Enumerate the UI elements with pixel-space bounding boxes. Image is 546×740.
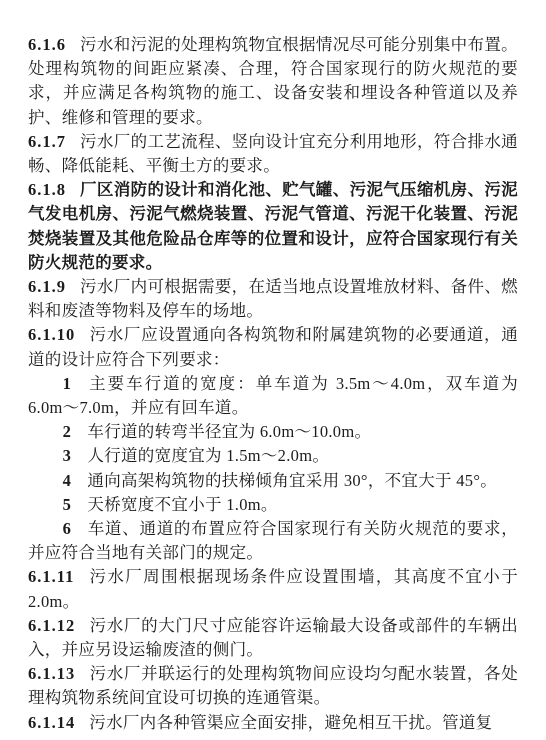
clause-6-1-8: 6.1.8厂区消防的设计和消化池、贮气罐、污泥气压缩机房、污泥气发电机房、污泥气… (28, 178, 518, 275)
clause-text: 污水厂的大门尺寸应能容许运输最大设备或部件的车辆出入，并应另设运输废渣的侧门。 (28, 616, 518, 659)
clause-text: 污水厂内各种管渠应全面安排，避免相互干扰。管道复 (89, 713, 492, 732)
clause-6-1-7: 6.1.7污水厂的工艺流程、竖向设计宜充分利用地形，符合排水通畅、降低能耗、平衡… (28, 130, 518, 178)
clause-number: 6.1.8 (28, 180, 66, 199)
sub-item-text: 主要车行道的宽度：单车道为 3.5m～4.0m，双车道为 6.0m～7.0m，并… (28, 374, 518, 417)
sub-item-text: 车行道的转弯半径宜为 6.0m～10.0m。 (87, 422, 371, 441)
clause-number: 6.1.11 (28, 567, 74, 586)
clause-6-1-9: 6.1.9污水厂内可根据需要，在适当地点设置堆放材料、备件、燃料和废渣等物料及停… (28, 275, 518, 323)
clause-number: 6.1.7 (28, 132, 66, 151)
clause-number: 6.1.12 (28, 616, 75, 635)
clause-text: 污水厂应设置通向各构筑物和附属建筑物的必要通道，通道的设计应符合下列要求： (28, 325, 518, 368)
sub-item-text: 人行道的宽度宜为 1.5m～2.0m。 (87, 446, 329, 465)
clause-number: 6.1.9 (28, 277, 66, 296)
sub-item-text: 通向高架构筑物的扶梯倾角宜采用 30°，不宜大于 45°。 (87, 471, 497, 490)
clause-6-1-12: 6.1.12污水厂的大门尺寸应能容许运输最大设备或部件的车辆出入，并应另设运输废… (28, 614, 518, 662)
sub-item-number: 6 (63, 519, 71, 538)
sub-item-number: 4 (63, 471, 71, 490)
sub-item-number: 1 (63, 374, 71, 393)
clause-6-1-10: 6.1.10污水厂应设置通向各构筑物和附属建筑物的必要通道，通道的设计应符合下列… (28, 323, 518, 371)
clause-text: 厂区消防的设计和消化池、贮气罐、污泥气压缩机房、污泥气发电机房、污泥气燃烧装置、… (28, 180, 518, 272)
sub-item-number: 2 (63, 422, 71, 441)
document-page: 6.1.6污水和污泥的处理构筑物宜根据情况尽可能分别集中布置。处理构筑物的间距应… (0, 0, 546, 740)
clause-text: 污水厂周围根据现场条件应设置围墙，其高度不宜小于 2.0m。 (28, 567, 518, 610)
sub-item-6: 6车道、通道的布置应符合国家现行有关防火规范的要求，并应符合当地有关部门的规定。 (28, 517, 518, 565)
clause-number: 6.1.10 (28, 325, 75, 344)
sub-item-5: 5天桥宽度不宜小于 1.0m。 (28, 493, 518, 517)
clause-6-1-13: 6.1.13污水厂并联运行的处理构筑物间应设均匀配水装置，各处理构筑物系统间宜设… (28, 662, 518, 710)
sub-item-text: 车道、通道的布置应符合国家现行有关防火规范的要求，并应符合当地有关部门的规定。 (28, 519, 518, 562)
clause-6-1-14: 6.1.14污水厂内各种管渠应全面安排，避免相互干扰。管道复 (28, 711, 518, 735)
clause-text: 污水厂并联运行的处理构筑物间应设均匀配水装置，各处理构筑物系统间宜设可切换的连通… (28, 664, 518, 707)
clause-number: 6.1.13 (28, 664, 75, 683)
sub-item-number: 3 (63, 446, 71, 465)
clause-number: 6.1.6 (28, 35, 66, 54)
sub-item-4: 4通向高架构筑物的扶梯倾角宜采用 30°，不宜大于 45°。 (28, 469, 518, 493)
clause-number: 6.1.14 (28, 713, 75, 732)
clause-6-1-11: 6.1.11污水厂周围根据现场条件应设置围墙，其高度不宜小于 2.0m。 (28, 565, 518, 613)
sub-item-1: 1主要车行道的宽度：单车道为 3.5m～4.0m，双车道为 6.0m～7.0m，… (28, 372, 518, 420)
clause-text: 污水和污泥的处理构筑物宜根据情况尽可能分别集中布置。处理构筑物的间距应紧凑、合理… (28, 35, 518, 127)
sub-item-number: 5 (63, 495, 71, 514)
sub-item-text: 天桥宽度不宜小于 1.0m。 (87, 495, 277, 514)
sub-item-2: 2车行道的转弯半径宜为 6.0m～10.0m。 (28, 420, 518, 444)
clause-text: 污水厂的工艺流程、竖向设计宜充分利用地形，符合排水通畅、降低能耗、平衡土方的要求… (28, 132, 518, 175)
sub-item-3: 3人行道的宽度宜为 1.5m～2.0m。 (28, 444, 518, 468)
clause-6-1-6: 6.1.6污水和污泥的处理构筑物宜根据情况尽可能分别集中布置。处理构筑物的间距应… (28, 33, 518, 130)
clause-text: 污水厂内可根据需要，在适当地点设置堆放材料、备件、燃料和废渣等物料及停车的场地。 (28, 277, 518, 320)
